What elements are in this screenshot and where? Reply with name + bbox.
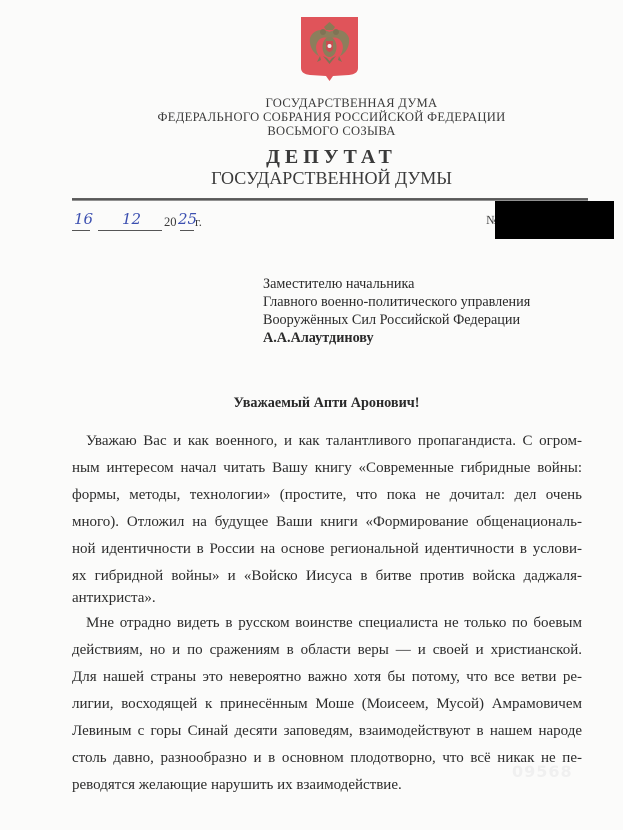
addressee-line-2: Главного военно-политического управления — [263, 293, 530, 311]
text-line: ной идентичности в России на основе реги… — [72, 537, 582, 561]
org-line-3: ВОСЬМОГО СОЗЫВА — [0, 124, 623, 139]
redacted-document-number — [495, 201, 614, 239]
letterhead-title: ДЕПУТАТ — [0, 146, 623, 169]
org-line-2: ФЕДЕРАЛЬНОГО СОБРАНИЯ РОССИЙСКОЙ ФЕДЕРАЦ… — [0, 110, 623, 125]
date-year-prefix: 20 — [164, 215, 177, 230]
addressee-line-3: Вооружённых Сил Российской Федерации — [263, 311, 530, 329]
text-line: реводятся желающие нарушить их взаимодей… — [72, 773, 402, 797]
letter-page: ГОСУДАРСТВЕННАЯ ДУМА ФЕДЕРАЛЬНОГО СОБРАН… — [0, 0, 623, 830]
letterhead-subtitle: ГОСУДАРСТВЕННОЙ ДУМЫ — [0, 168, 623, 189]
date-day: 16 — [74, 210, 93, 228]
text-line: ным интересом начал читать Вашу книгу «С… — [72, 456, 582, 480]
text-line: Для нашей страны это невероятно важно хо… — [72, 665, 582, 689]
org-line-1: ГОСУДАРСТВЕННАЯ ДУМА — [0, 96, 623, 111]
addressee-name: А.А.Алаутдинову — [263, 329, 530, 347]
text-line: лигии, восходящей к принесённым Моше (Мо… — [72, 692, 582, 716]
greeting: Уважаемый Апти Аронович! — [0, 395, 623, 412]
date-month: 12 — [122, 210, 141, 228]
date-year-end: г. — [195, 215, 202, 230]
faint-stamp-number: 09568 — [512, 762, 573, 781]
text-line: Уважаю Вас и как военного, и как талантл… — [86, 429, 582, 453]
text-line: действиям, но и по сражениям в области в… — [72, 638, 582, 662]
text-line: Мне отрадно видеть в русском воинстве сп… — [86, 611, 582, 635]
text-line: ях гибридной войны» и «Войско Иисуса в б… — [72, 564, 582, 588]
addressee-block: Заместителю начальника Главного военно-п… — [263, 275, 530, 347]
text-line: Левиным с горы Синай десяти заповедям, в… — [72, 719, 582, 743]
addressee-line-1: Заместителю начальника — [263, 275, 530, 293]
text-line: столь давно, разнообразно и в основном п… — [72, 746, 582, 770]
text-line: формы, методы, технологии» (простите, чт… — [72, 483, 582, 507]
text-line: антихриста». — [72, 586, 156, 610]
coat-of-arms-icon — [299, 16, 360, 82]
text-line: много). Отложил на будущее Ваши книги «Ф… — [72, 510, 582, 534]
